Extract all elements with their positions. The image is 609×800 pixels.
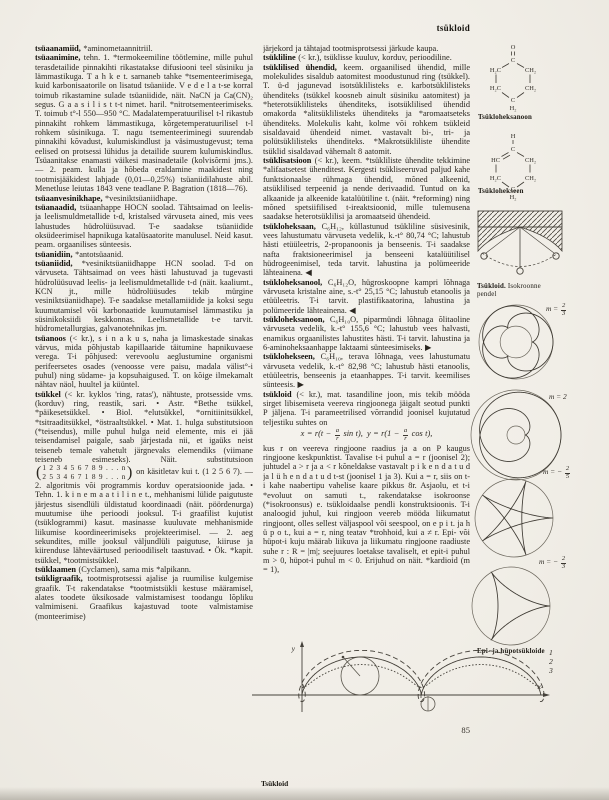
trochoid-curve <box>482 481 553 555</box>
dictionary-entry: tsükligraafik, tootmisprotsessi ajalise … <box>35 574 253 621</box>
trochoid-curve <box>492 572 551 640</box>
entry-text: järjekord ja tähtajad tootmisprotsessi j… <box>263 44 438 53</box>
ceiling-bar <box>478 211 562 227</box>
y-axis-label: y <box>291 644 296 653</box>
fraction: ar <box>335 428 340 443</box>
figure-cycloid-curves: y x 123 <box>250 638 560 727</box>
atom-label: H₂C <box>490 85 501 92</box>
entry-text: (< kr.), tsüklisse kuuluv, korduv, perio… <box>296 53 452 62</box>
hypocycloid-m-neg-2-3 <box>470 565 552 647</box>
cycloid-parametric-equations: x = r(t − ar sin t), y = r(1 − ar cos t)… <box>263 427 470 444</box>
dictionary-entry: tsüklisatsioon (< kr.), keem. *tsüklilis… <box>263 156 470 221</box>
atom-label: CH₂ <box>525 85 536 92</box>
entry-term: tsüklisatsioon <box>263 156 311 165</box>
dictionary-entry: tsüanaadid, tsüaanhappe HOCN soolad. Täh… <box>35 203 253 250</box>
bond <box>517 153 524 157</box>
fraction: 23 <box>561 556 566 571</box>
dictionary-entry: tsükloheksanoon, C₆H₁₀O, piparmündi lõhn… <box>263 315 470 352</box>
tracing-point <box>342 656 345 659</box>
figure-epicycloid-1 <box>477 303 555 386</box>
dictionary-entry: tsüanoos (< kr.), s i n a k u s, naha ja… <box>35 334 253 390</box>
entry-term: tsükloheksaan, <box>263 222 316 231</box>
entry-term: tsükloheksanool, <box>263 278 322 287</box>
y-axis-arrow <box>300 641 304 647</box>
entry-text: tehn. 1. *termokeemiline töötlemine, mil… <box>35 53 253 193</box>
dictionary-entry: tsüaanamiid, *aminometaannitriil. <box>35 44 253 53</box>
cycloid-curve-2 <box>302 657 541 695</box>
entry-term: tsüanoos <box>35 334 66 343</box>
hypocycloid-m-neg-2-5 <box>473 477 555 559</box>
atom-label: CH₂ <box>525 175 536 182</box>
figure-isochronous-pendulum <box>477 208 563 287</box>
entry-text: on käsitletav kui t. (1 2 5 6 7). — 2. a… <box>35 468 253 565</box>
pendulum-diagram <box>477 208 563 282</box>
bond <box>502 93 509 98</box>
entry-text: (Cyclamen), sama mis *alpikann. <box>76 565 191 574</box>
entry-text: (< kr.), keem. *tsükliliste ühendite tek… <box>263 156 470 221</box>
bond <box>502 64 509 68</box>
dictionary-entry: tsüklilised ühendid, keem. orgaanilised … <box>263 63 470 156</box>
trochoid-curve <box>480 392 561 478</box>
fraction: ar <box>403 428 408 443</box>
entry-term: tsüaniidid, <box>35 259 73 268</box>
entry-term: tsükkel <box>35 390 61 399</box>
entry-text: *antotsüaanid. <box>73 250 124 259</box>
bond <box>517 93 524 98</box>
cycloid-diagram: y x 123 <box>250 638 560 722</box>
entry-term: tsükliline <box>263 53 296 62</box>
curve-label: 3 <box>548 666 553 675</box>
entry-text: keem. orgaanilised ühendid, mille moleku… <box>263 63 470 156</box>
atom-label: C <box>511 146 515 153</box>
atom-label: H <box>511 133 516 140</box>
dictionary-entry: tsüklohekseen, C₆H₁₀, terava lõhnaga, ve… <box>263 352 470 389</box>
entry-term: tsüklohekseen, <box>263 352 315 361</box>
dictionary-entry: tsüaanimine, tehn. 1. *termokeemiline tö… <box>35 53 253 193</box>
double-bond <box>503 155 510 159</box>
figure-cyclohexanone: O C H₂C CH₂ H₂C CH₂ C H₂ <box>480 40 546 117</box>
reference-circle <box>500 326 532 358</box>
atom-label: CH₂ <box>525 157 536 164</box>
reference-circle <box>507 426 525 444</box>
cyclohexanone-structure: O C H₂C CH₂ H₂C CH₂ C H₂ <box>480 40 546 112</box>
dictionary-entry: tsüklaamen (Cyclamen), sama mis *alpikan… <box>35 565 253 574</box>
substitution-matrix: (1 2 3 4 5 6 7 8 9 . . . n2 5 3 4 6 7 1 … <box>36 464 132 480</box>
curve-label: 2 <box>549 657 553 666</box>
encyclopedia-page: tsükloid tsüaanamiid, *aminometaannitrii… <box>0 0 609 800</box>
running-head: tsükloid <box>437 23 470 33</box>
bond <box>502 182 509 187</box>
bond <box>517 182 524 187</box>
column-right: järjekord ja tähtajad tootmisprotsessi j… <box>263 44 470 638</box>
trochoid-label: m = 23 <box>546 303 567 318</box>
fraction: 23 <box>561 303 566 318</box>
curve-label: 1 <box>549 648 553 657</box>
epicycloid-m-2-3 <box>477 303 555 381</box>
dictionary-entry: tsükkel (< kr. kyklos 'ring, ratas'), nä… <box>35 390 253 565</box>
reference-circle <box>475 479 553 557</box>
reference-circle <box>472 567 550 645</box>
trochoid-label: m = − 23 <box>539 556 567 571</box>
cycloid-cheek-right <box>520 227 562 251</box>
trochoid-label: m = − 25 <box>543 466 571 481</box>
entry-text: (< kr.), mat. tasandiline joon, mis teki… <box>263 390 470 427</box>
entry-term: tsükligraafik, <box>35 574 83 583</box>
bond <box>517 64 524 68</box>
page-number: 85 <box>446 725 470 735</box>
entry-term: tsüaanvesinikhape, <box>35 194 103 203</box>
entry-term: tsüklaamen <box>35 565 76 574</box>
entry-text: (< kr.), s i n a k u s, naha ja limaskes… <box>35 334 253 390</box>
pendulum-bob <box>517 268 523 274</box>
entry-term: tsükloheksanoon, <box>263 315 325 324</box>
figure-hypocycloid-1 <box>473 477 555 564</box>
entry-text: kus r on veereva ringjoone raadius ja a … <box>263 444 470 574</box>
atom-label: O <box>511 44 516 51</box>
dictionary-entry: tsükloid (< kr.), mat. tasandiline joon,… <box>263 390 470 575</box>
dictionary-entry: tsüanidiin, *antotsüaanid. <box>35 250 253 259</box>
dictionary-entry: tsükliline (< kr.), tsüklisse kuuluv, ko… <box>263 53 470 62</box>
caption-bold: Tsükloid. <box>477 283 506 290</box>
dictionary-entry: tsükloheksaan, C₆H₁₂, küllastunud tsükli… <box>263 222 470 278</box>
entry-term: tsüaanamiid, <box>35 44 81 53</box>
double-bond <box>502 153 509 157</box>
entry-term: tsükloid <box>263 390 292 399</box>
entry-text: *aminometaannitriil. <box>81 44 153 53</box>
atom-label: C <box>511 57 515 64</box>
entry-text: (< kr. kyklos 'ring, ratas'), nähtuste, … <box>35 390 253 464</box>
figure-caption: Tsükloheksanoon <box>478 114 532 122</box>
entry-term: tsüklilised ühendid, <box>263 63 337 72</box>
figure-caption: Tsükloid <box>261 779 288 788</box>
atom-label: H₂C <box>490 175 501 182</box>
atom-label: H₂C <box>490 67 501 74</box>
cycloid-cheek-left <box>478 227 520 251</box>
atom-label: HC <box>491 157 500 164</box>
trochoid-label: m = 2 <box>549 392 567 401</box>
fraction: 25 <box>565 466 570 481</box>
figure-caption: Tsükloid. Isokroonne pendel <box>477 283 561 299</box>
dictionary-entry: järjekord ja tähtajad tootmisprotsessi j… <box>263 44 470 53</box>
entry-term: tsüanidiin, <box>35 250 73 259</box>
entry-text: *vesiniktsüaniidhape. <box>103 194 178 203</box>
atom-label: H₂ <box>510 105 517 112</box>
dictionary-entry: tsükloheksanool, C₆H₁₂O, hügroskoopne ka… <box>263 278 470 315</box>
column-left: tsüaanamiid, *aminometaannitriil. tsüaan… <box>35 44 253 744</box>
trochoid-curve <box>483 306 553 378</box>
entry-text: *vesiniktsüaniidhappe HCN soolad. T-d on… <box>35 259 253 333</box>
dictionary-entry: tsüaanvesinikhape, *vesiniktsüaniidhape. <box>35 194 253 203</box>
atom-label: CH₂ <box>525 67 536 74</box>
entry-term: tsüaanimine, <box>35 53 80 62</box>
entry-term: tsüanaadid, <box>35 203 76 212</box>
dictionary-entry: tsüaniidid, *vesiniktsüaniidhappe HCN so… <box>35 259 253 334</box>
figure-caption: Tsüklohekseen <box>478 188 524 196</box>
atom-label: C <box>511 97 515 104</box>
